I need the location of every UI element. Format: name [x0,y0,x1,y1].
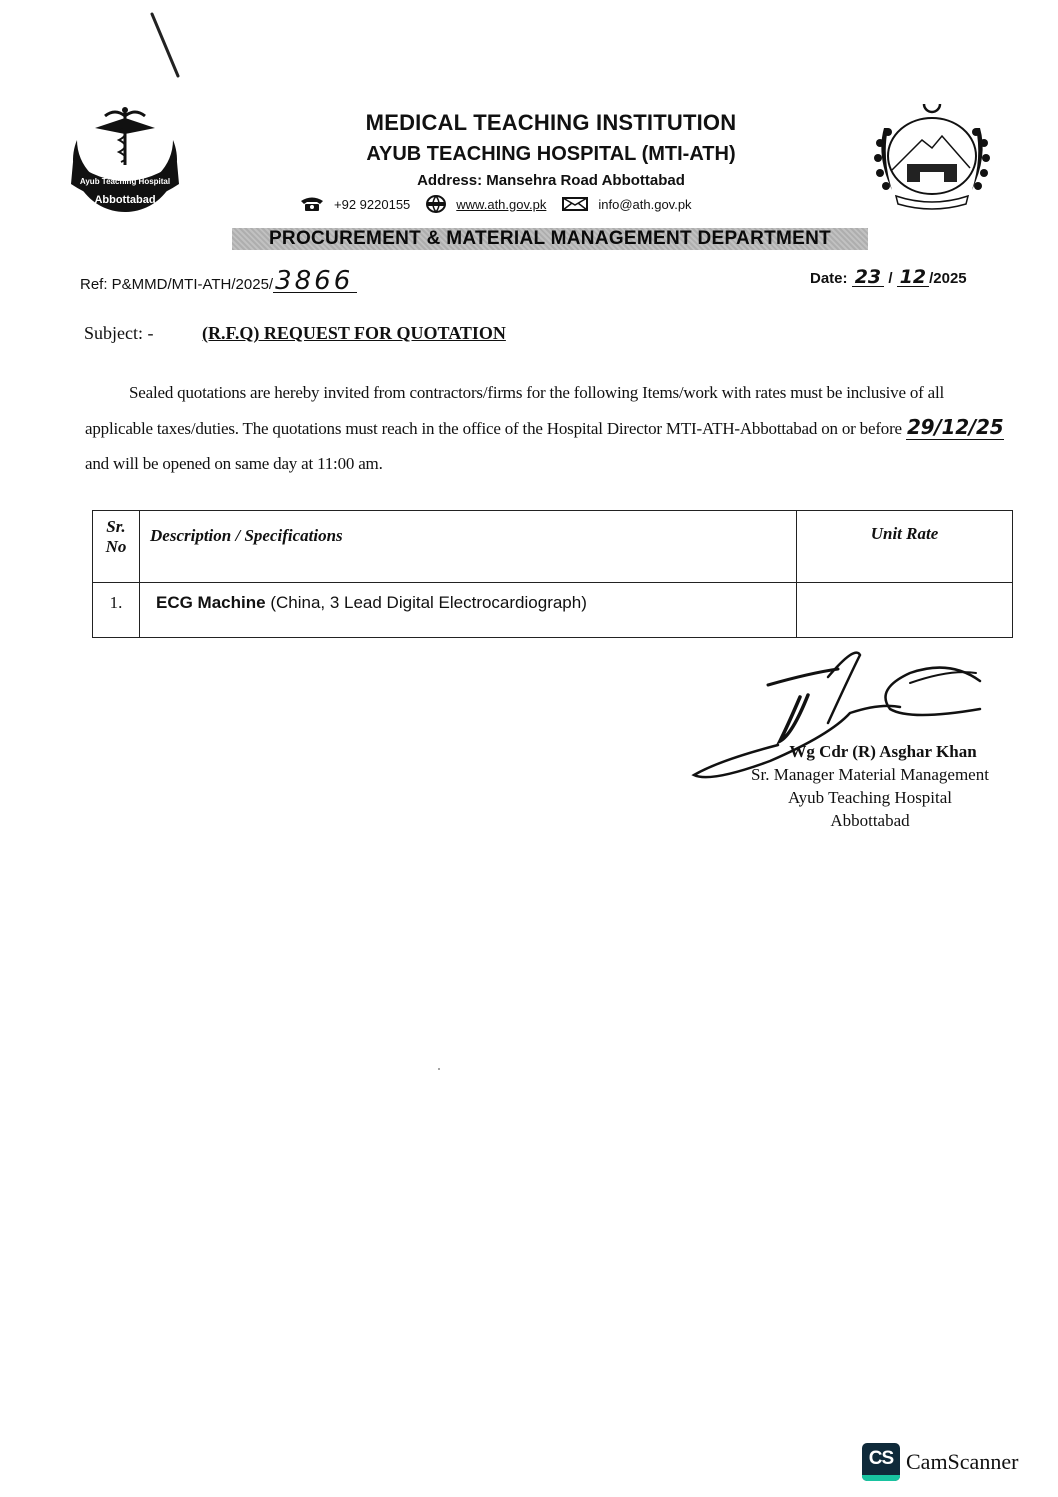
signatory-organization: Ayub Teaching Hospital [700,786,1040,809]
phone-number: +92 9220155 [334,197,410,212]
scan-speck [438,1068,440,1070]
subject-title: (R.F.Q) REQUEST FOR QUOTATION [202,323,506,344]
row-sr-no: 1. [93,583,140,638]
logo-text-city: Abbottabad [94,194,155,206]
date-year: /2025 [929,270,967,287]
header-unit-rate: Unit Rate [797,511,1013,583]
date-month: 12 [897,268,929,287]
reference-number: Ref: P&MMD/MTI-ATH/2025/3866 [80,270,357,293]
header-sr-no: Sr. No [93,511,140,583]
item-detail: (China, 3 Lead Digital Electrocardiograp… [266,593,587,612]
row-description: ECG Machine (China, 3 Lead Digital Elect… [140,583,797,638]
signatory-block: Wg Cdr (R) Asghar Khan Sr. Manager Mater… [700,740,1040,832]
invitation-paragraph: Sealed quotations are hereby invited fro… [85,375,1005,481]
reference-handwritten-number: 3866 [273,270,357,293]
subject-label: Subject: - [84,323,154,343]
email-address[interactable]: info@ath.gov.pk [598,197,691,212]
subject-line: Subject: - (R.F.Q) REQUEST FOR QUOTATION [84,323,154,344]
date-day: 23 [852,268,884,287]
hospital-address: Address: Mansehra Road Abbottabad [0,172,1058,189]
paragraph-text-2: and will be opened on same day at 11:00 … [85,454,383,473]
contact-bar: +92 9220155 www.ath.gov.pk info@ath.gov.… [300,195,692,213]
items-table: Sr. No Description / Specifications Unit… [92,510,1013,638]
hospital-title: AYUB TEACHING HOSPITAL (MTI-ATH) [0,143,1058,166]
camscanner-logo-icon: CS [862,1443,900,1481]
department-banner: PROCUREMENT & MATERIAL MANAGEMENT DEPART… [232,228,868,250]
date-label: Date: [810,270,848,287]
item-name: ECG Machine [156,593,266,612]
table-header-row: Sr. No Description / Specifications Unit… [93,511,1013,583]
header-description: Description / Specifications [140,511,797,583]
signatory-title: Sr. Manager Material Management [700,763,1040,786]
paragraph-text-1: Sealed quotations are hereby invited fro… [85,383,944,438]
pen-mark [148,10,188,80]
signatory-city: Abbottabad [700,809,1040,832]
telephone-icon [300,196,324,212]
reference-prefix: Ref: P&MMD/MTI-ATH/2025/ [80,276,273,293]
institution-title: MEDICAL TEACHING INSTITUTION [0,110,1058,136]
table-row: 1. ECG Machine (China, 3 Lead Digital El… [93,583,1013,638]
row-unit-rate [797,583,1013,638]
camscanner-watermark: CS CamScanner [862,1443,1018,1481]
website-link[interactable]: www.ath.gov.pk [456,197,546,212]
envelope-icon [562,197,588,211]
camscanner-label: CamScanner [906,1449,1018,1475]
globe-www-icon [426,195,446,213]
deadline-date: 29/12/25 [906,415,1005,440]
signatory-name: Wg Cdr (R) Asghar Khan [700,740,1040,763]
document-date: Date: 23 / 12/2025 [810,268,967,287]
